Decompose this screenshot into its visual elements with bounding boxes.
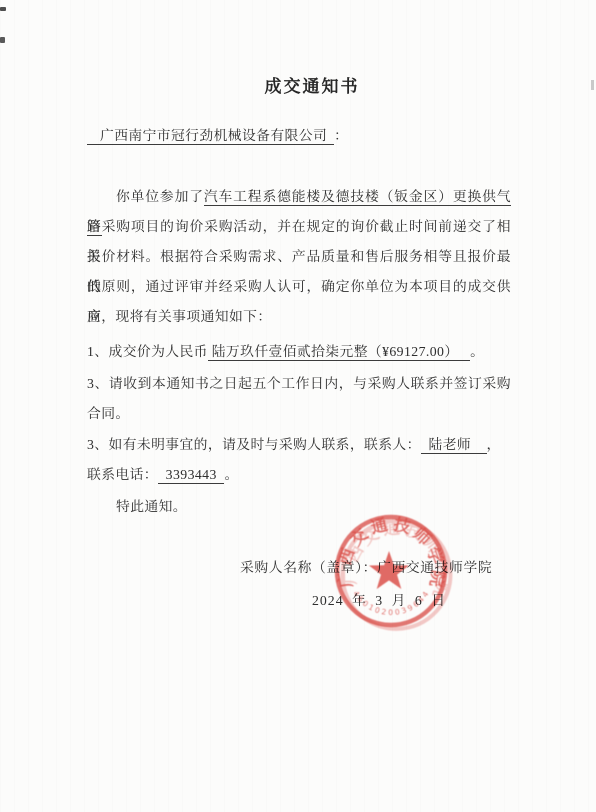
notice-item-price: 1、成交价为人民币 陆万玖仟壹佰贰拾柒元整（¥69127.00） 。 [87, 337, 527, 367]
notice-item-contract: 3、请收到本通知书之日起五个工作日内，与采购人联系并签订采购合同。 [87, 369, 511, 429]
text-line: 路采购项目的询价采购活动，并在规定的询价截止时间前递交了相关 [87, 212, 511, 242]
addressee-line: 广西南宁市冠行劲机械设备有限公司： [87, 121, 557, 151]
text-line: 合同。 [87, 399, 511, 429]
text-line: 商，现将有关事项通知如下： [87, 302, 511, 332]
scan-speck [0, 7, 6, 11]
text-segment: 特此通知。 [116, 499, 187, 514]
text-line: 联系电话： 3393443 。 [87, 460, 552, 490]
closing-line: 特此通知。 [87, 492, 511, 522]
text-segment: ， [487, 437, 501, 452]
text-segment: 3、如有未明事宜的，请及时与采购人联系，联系人： [87, 437, 421, 452]
underlined-text: 陆老师 [421, 437, 487, 454]
purchaser-signature-line: 采购人名称（盖章）：广西交通技师学院 [240, 553, 492, 583]
text-segment: 你单位参加了 [116, 189, 204, 204]
text-segment: 商，现将有关事项通知如下： [87, 309, 272, 324]
addressee-company: 广西南宁市冠行劲机械设备有限公司 [87, 128, 334, 145]
date-line: 2024 年 3 月 6 日 [312, 586, 446, 616]
text-line: 3、请收到本通知书之日起五个工作日内，与采购人联系并签订采购 [87, 369, 511, 399]
addressee-colon: ： [334, 128, 348, 143]
underlined-text: 3393443 [158, 467, 225, 484]
text-line: 你单位参加了汽车工程系德能楼及德技楼（钣金区）更换供气管 [87, 182, 511, 212]
text-line: 1、成交价为人民币 陆万玖仟壹佰贰拾柒元整（¥69127.00） 。 [87, 337, 527, 367]
text-line: 3、如有未明事宜的，请及时与采购人联系，联系人： 陆老师 ， [87, 430, 552, 460]
scan-speck [0, 37, 5, 43]
notice-item-contact: 3、如有未明事宜的，请及时与采购人联系，联系人： 陆老师 ，联系电话： 3393… [87, 430, 552, 490]
text-segment: 联系电话： [87, 467, 158, 482]
text-segment: 。 [224, 467, 238, 482]
text-line: 特此通知。 [87, 492, 511, 522]
text-segment: 合同。 [87, 406, 130, 421]
scanned-notice-page: 成交通知书 广西南宁市冠行劲机械设备有限公司： 你单位参加了汽车工程系德能楼及德… [0, 0, 596, 812]
underlined-text: 路 [87, 219, 102, 236]
text-line: 报价材料。根据符合采购需求、产品质量和售后服务相等且报价最低 [87, 242, 511, 272]
text-line: 的原则，通过评审并经采购人认可，确定你单位为本项目的成交供应 [87, 272, 511, 302]
text-segment: 3、请收到本通知书之日起五个工作日内，与采购人联系并签订采购 [87, 376, 511, 391]
document-title: 成交通知书 [100, 72, 524, 102]
text-segment: 。 [470, 344, 484, 359]
scan-speck [591, 80, 594, 90]
underlined-text: 陆万玖仟壹佰贰拾柒元整（¥69127.00） [208, 344, 470, 361]
text-segment: 1、成交价为人民币 [87, 344, 208, 359]
body-paragraph: 你单位参加了汽车工程系德能楼及德技楼（钣金区）更换供气管路采购项目的询价采购活动… [87, 182, 511, 332]
